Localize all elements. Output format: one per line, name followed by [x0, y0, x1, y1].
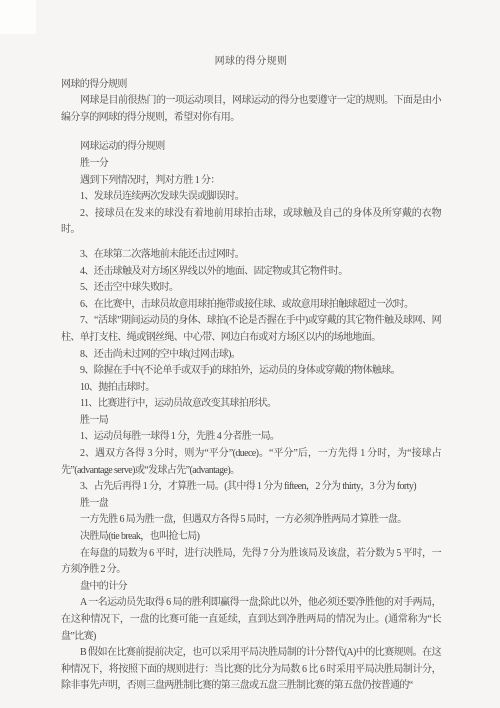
rule-item: 2、遇双方各得 3 分时，则为“平分”(duece)。“平分”后，一方先得 1 …: [61, 446, 441, 479]
section-heading: 网球的得分规则: [61, 77, 441, 94]
rule-item: 10、抛拍击球时。: [61, 380, 441, 397]
paragraph: 一方先胜 6 局为胜一盘，但遇双方各得 5 局时，一方必须净胜两局才算胜一盘。: [61, 512, 441, 529]
subsection-heading: 胜一分: [61, 156, 441, 173]
paragraph: B 假如在比赛前提前决定，也可以采用平局决胜局制的计分替代(A)中的比赛规则。在…: [61, 645, 441, 695]
rule-item: 1、发球员连续两次发球失误或脚误时。: [61, 189, 441, 206]
rule-item: 3、在球第二次落地前未能还击过网时。: [61, 247, 441, 264]
rule-item: 8、还击尚未过网的空中球(过网击球)。: [61, 347, 441, 364]
subsection-heading: 胜一盘: [61, 496, 441, 513]
rule-item: 2、接球员在发来的球没有着地前用球拍击球，或球触及自己的身体及所穿戴的衣物时。: [61, 206, 441, 239]
rule-item: 3、占先后再得 1 分，才算胜一局。(其中得 1 分为 fifteen，2 分为…: [61, 479, 441, 496]
spacer: [61, 126, 441, 139]
rule-item: 4、还击球触及对方场区界线以外的地面、固定物或其它物件时。: [61, 264, 441, 281]
rule-item: 7、“活球”期间运动员的身体、球拍(不论是否握在手中)或穿戴的其它物件触及球网、…: [61, 313, 441, 346]
subsection-heading: 胜一局: [61, 413, 441, 430]
document-page: 网球的得分规则 网球的得分规则 网球是目前很热门的一项运动项目，网球运动的得分也…: [0, 0, 500, 708]
section-heading: 网球运动的得分规则: [61, 139, 441, 156]
document-content: 网球的得分规则 网球的得分规则 网球是目前很热门的一项运动项目，网球运动的得分也…: [61, 54, 441, 695]
paragraph: A 一名运动员先取得 6 局的胜利即赢得一盘;除此以外，他必须还要净胜他的对手两…: [61, 595, 441, 645]
rule-item: 6、在比赛中，击球员故意用球拍拖带或接住球、或故意用球拍触球超过一次时。: [61, 297, 441, 314]
paragraph: 在每盘的局数为 6 平时，进行决胜局，先得 7 分为胜该局及该盘，若分数为 5 …: [61, 546, 441, 579]
rule-item: 11、比赛进行中，运动员故意改变其球拍形状。: [61, 396, 441, 413]
page-title: 网球的得分规则: [61, 54, 441, 71]
rule-item: 5、还击空中球失败时。: [61, 280, 441, 297]
paragraph: 遇到下列情况时，判对方胜 1 分：: [61, 173, 441, 190]
subsection-heading: 决胜局(tie break，也叫抢七局): [61, 529, 441, 546]
scan-corner-artifact: [0, 0, 36, 34]
subsection-heading: 盘中的计分: [61, 579, 441, 596]
spacer: [61, 239, 441, 247]
rule-item: 1、运动员每胜一球得 1 分，先胜 4 分者胜一局。: [61, 429, 441, 446]
rule-item: 9、除握在手中(不论单手或双手)的球拍外，运动员的身体或穿戴的物体触球。: [61, 363, 441, 380]
intro-paragraph: 网球是目前很热门的一项运动项目，网球运动的得分也要遵守一定的规则。下面是由小编分…: [61, 93, 441, 126]
